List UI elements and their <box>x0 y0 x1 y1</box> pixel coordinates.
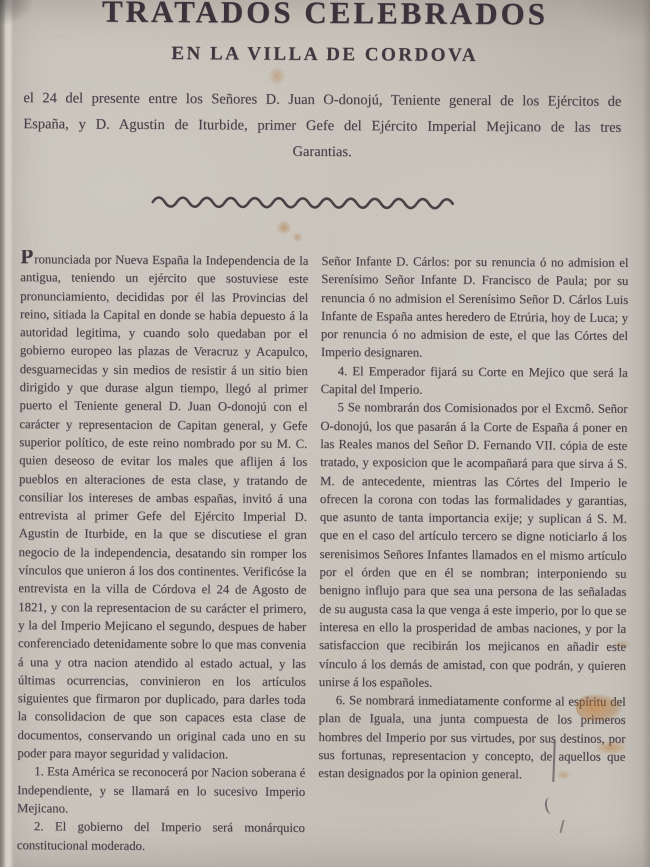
paragraph: 2. El gobierno del Imperio será monárqui… <box>17 817 305 855</box>
document-photo: TRATADOS CELEBRADOS EN LA VILLA DE CORDO… <box>0 0 650 867</box>
page-corner-shadow-top-right <box>580 0 650 40</box>
right-column: Señor Infante D. Cárlos: por su renuncia… <box>318 252 629 867</box>
paragraph: Pronunciada por Nueva España la Independ… <box>17 250 308 764</box>
rust-stain <box>276 220 292 235</box>
rust-stain <box>292 232 303 242</box>
document-title: TRATADOS CELEBRADOS <box>30 0 620 33</box>
rust-stain <box>268 66 286 86</box>
page-edge-right <box>642 0 650 867</box>
page-edge-left <box>0 0 17 867</box>
two-column-body: Pronunciada por Nueva España la Independ… <box>0 250 648 867</box>
paragraph: 5 Se nombrarán dos Comisionados por el E… <box>319 398 628 693</box>
rust-stain <box>576 694 622 722</box>
paragraph: Señor Infante D. Cárlos: por su renuncia… <box>321 252 629 364</box>
decorative-squiggle-divider <box>149 194 461 210</box>
page-corner-shadow-top-left <box>0 0 34 26</box>
rust-stain <box>556 770 571 780</box>
fold-crease <box>330 55 333 867</box>
rust-stain <box>594 740 628 755</box>
left-column: Pronunciada por Nueva España la Independ… <box>17 250 309 867</box>
printed-page-content: TRATADOS CELEBRADOS EN LA VILLA DE CORDO… <box>0 0 650 867</box>
drop-initial: P <box>20 250 34 268</box>
paragraph: 4. El Emperador fijará su Corte en Mejic… <box>321 362 628 400</box>
document-subtitle: EN LA VILLA DE CORDOVA <box>30 42 620 68</box>
rust-stain <box>612 640 632 649</box>
intro-paragraph: el 24 del presente entre los Señores D. … <box>23 85 621 167</box>
paragraph: 1. Esta América se reconocerá por Nacion… <box>17 762 305 819</box>
